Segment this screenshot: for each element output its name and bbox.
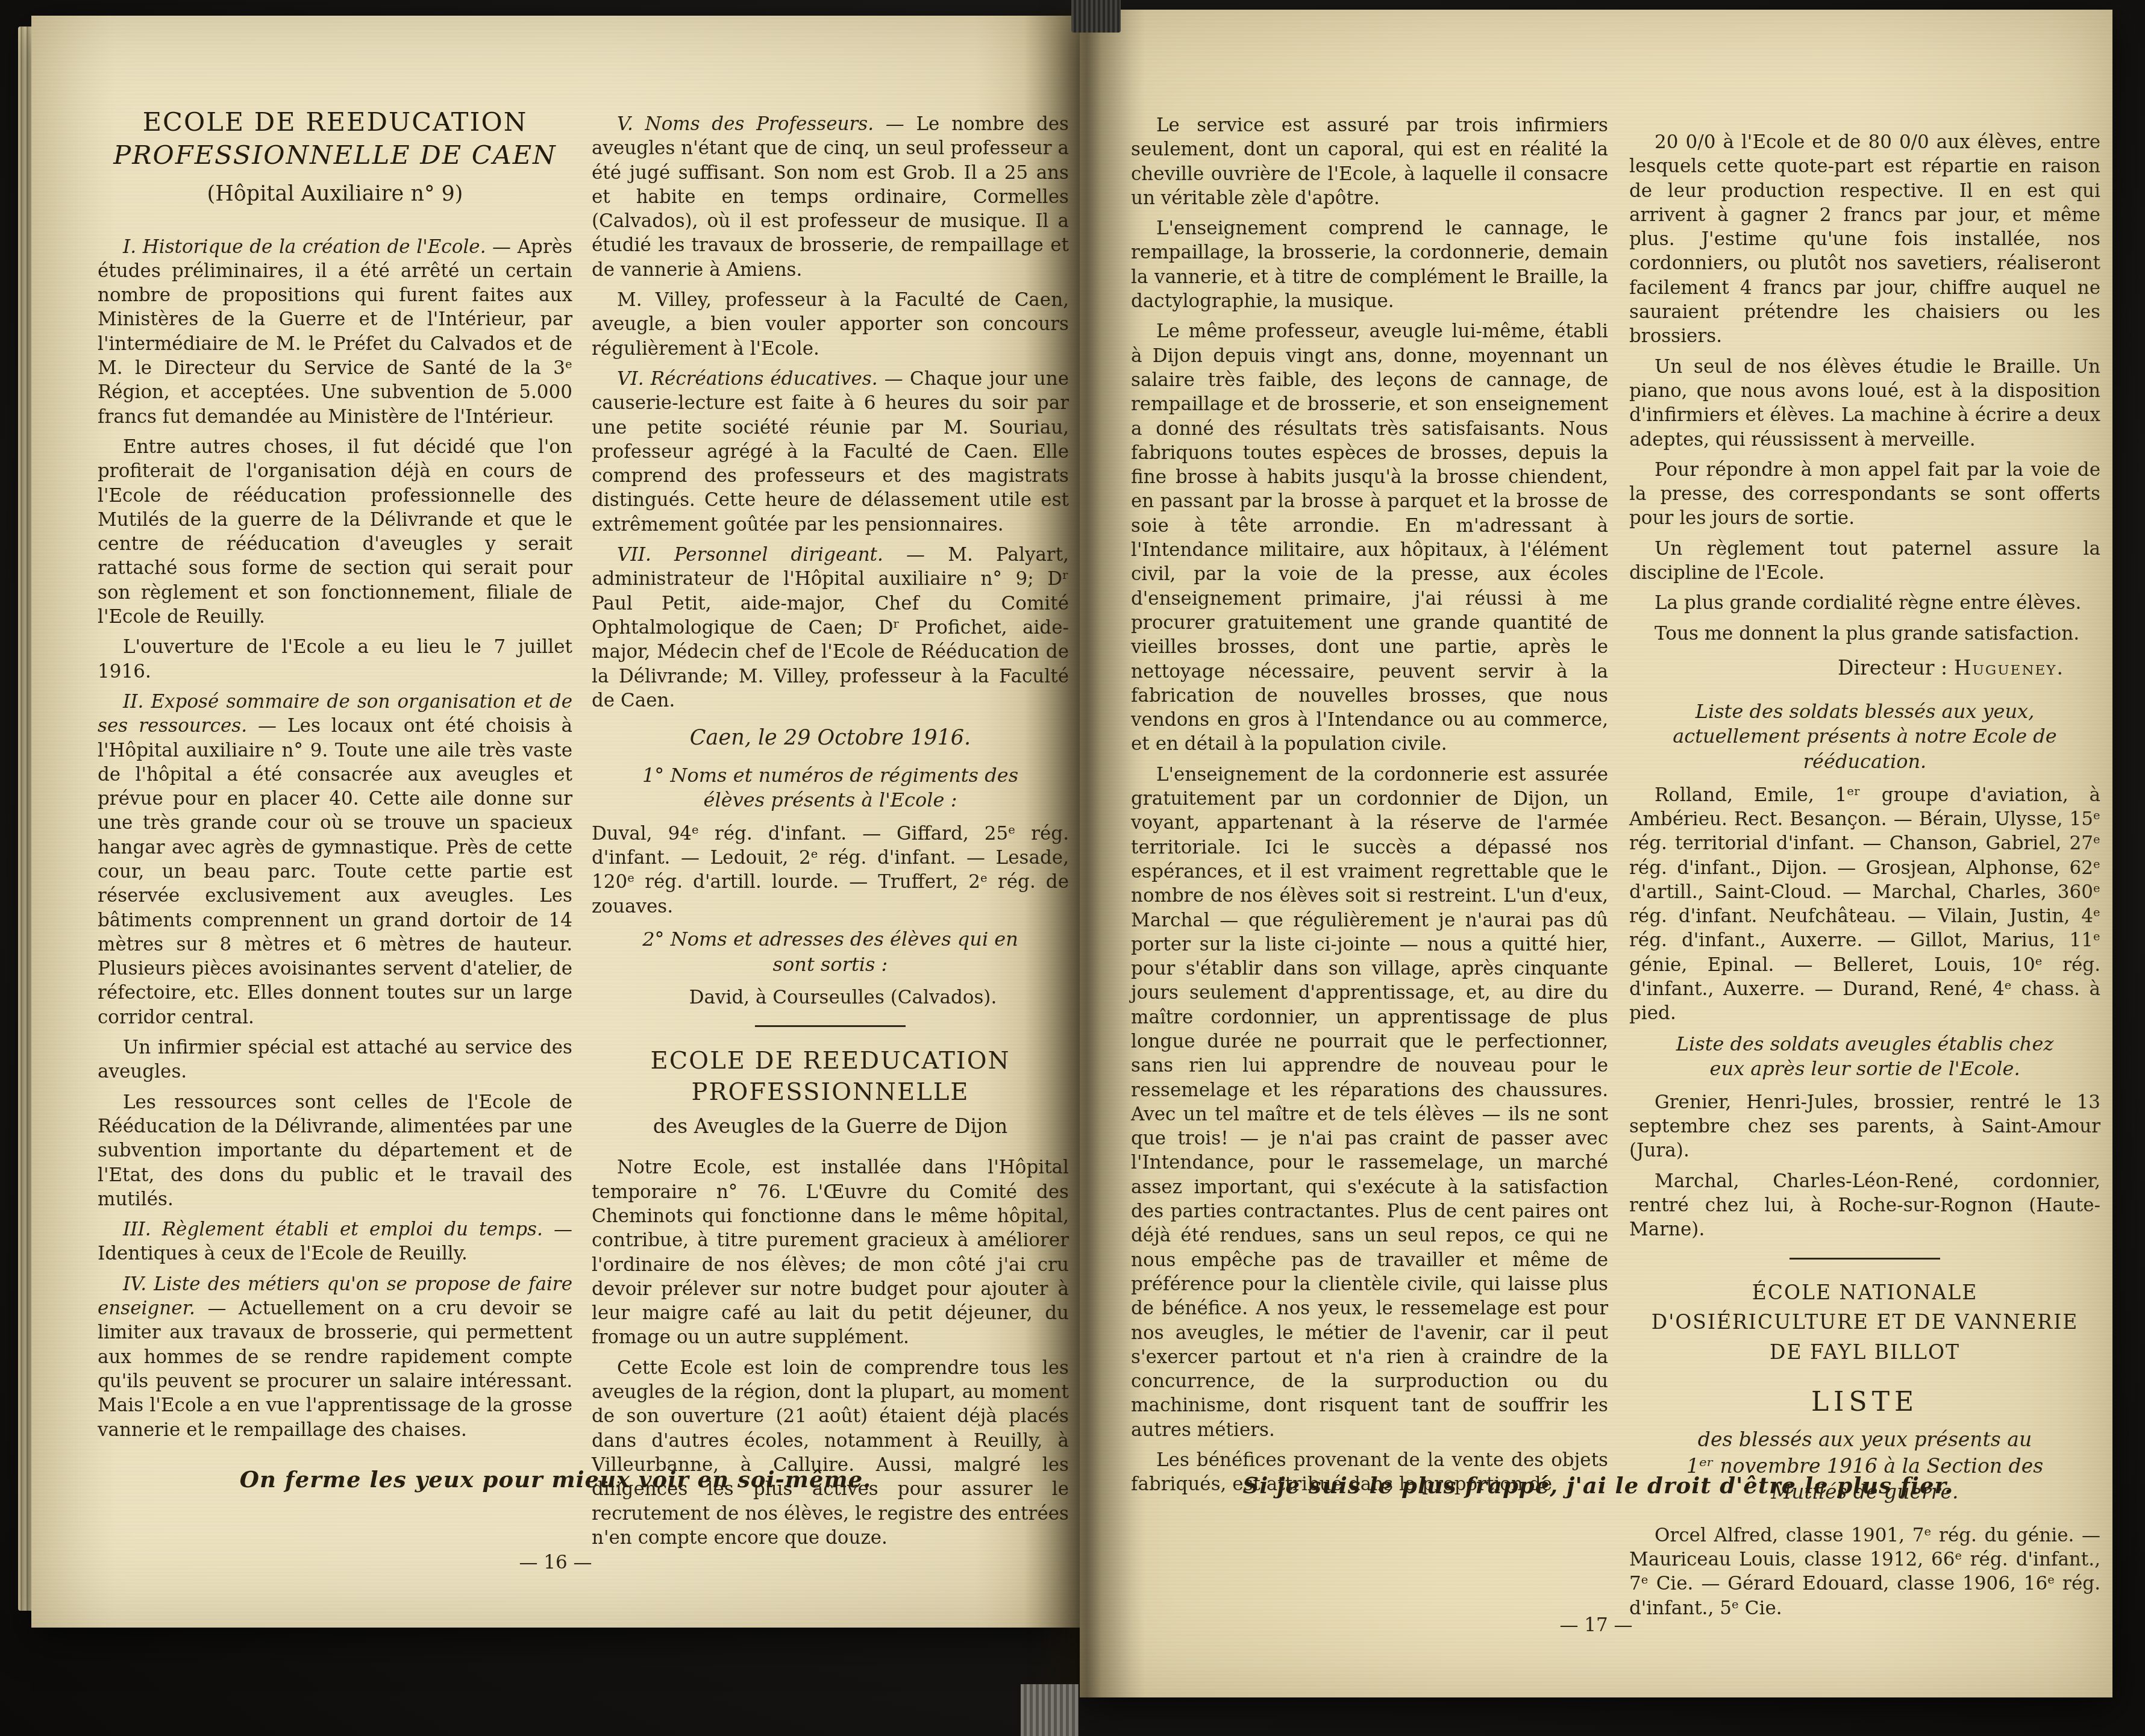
page-subtitle: (Hôpital Auxiliaire n° 9) [98,181,572,208]
paragraph: Le service est assuré par trois infirmie… [1131,113,1608,210]
page-title-line1: ECOLE DE REEDUCATION [98,106,572,139]
school-title-line3: DE FAYL BILLOT [1629,1337,2100,1367]
paragraph: L'ouverture de l'Ecole a eu lieu le 7 ju… [98,635,572,684]
paragraph: Cette Ecole est loin de comprendre tous … [592,1356,1069,1550]
list-heading: 1° Noms et numéros de régiments des élèv… [637,763,1023,813]
paragraph: Les ressources sont celles de l'Ecole de… [98,1090,572,1211]
paragraph: Notre Ecole, est installée dans l'Hôpita… [592,1155,1069,1349]
left-column-1: ECOLE DE REEDUCATION PROFESSIONNELLE DE … [98,106,572,1448]
paragraph: L'enseignement de la cordonnerie est ass… [1131,763,1608,1442]
paragraph: Rolland, Emile, 1ᵉʳ groupe d'aviation, à… [1629,783,2100,1026]
paragraph: L'enseignement comprend le cannage, le r… [1131,216,1608,313]
paragraph: Le même professeur, aveugle lui-même, ét… [1131,319,1608,756]
director-name: Hugueney. [1954,656,2064,679]
paragraph: Un règlement tout paternel assure la dis… [1629,537,2100,585]
paragraph: Pour répondre à mon appel fait par la vo… [1629,458,2100,531]
section-subtitle: des Aveugles de la Guerre de Dijon [592,1114,1069,1140]
section-title-line2: PROFESSIONNELLE [592,1076,1069,1108]
right-footer-quote: Si je suis le plus frappé, j'ai le droit… [1128,1472,2068,1499]
paragraph: II. Exposé sommaire de son organisation … [98,690,572,1029]
paragraph: IV. Liste des métiers qu'on se propose d… [98,1272,572,1442]
left-column-2: V. Noms des Professeurs. — Le nombre des… [592,112,1069,1556]
date-line: Caen, le 29 Octobre 1916. [592,725,1069,752]
paragraph: 20 0/0 à l'Ecole et de 80 0/0 aux élèves… [1629,130,2100,349]
list-heading: Liste des soldats blessés aux yeux, actu… [1672,699,2058,775]
bookmark-ribbon-bottom [1021,1684,1079,1736]
school-title-line2: D'OSIÉRICULTURE ET DE VANNERIE [1629,1307,2100,1337]
section-title-line1: ECOLE DE REEDUCATION [592,1045,1069,1076]
left-page-number: — 16 — [31,1552,1080,1573]
paragraph: Entre autres choses, il fut décidé que l… [98,435,572,629]
liste-heading: LISTE [1629,1385,2100,1419]
right-column-1: Le service est assuré par trois infirmie… [1131,113,1608,1503]
list-heading: Liste des soldats aveugles établis chez … [1672,1032,2058,1082]
paragraph: Un seul de nos élèves étudie le Braille.… [1629,355,2100,452]
paragraph: V. Noms des Professeurs. — Le nombre des… [592,112,1069,282]
list-body: David, à Courseulles (Calvados). [592,985,1069,1010]
paragraph: Tous me donnent la plus grande satisfact… [1629,622,2100,646]
signature-line: Directeur : Hugueney. [1629,655,2100,681]
list-heading: 2° Noms et adresses des élèves qui en so… [637,927,1023,977]
paragraph: I. Historique de la création de l'Ecole.… [98,235,572,429]
left-page: ECOLE DE REEDUCATION PROFESSIONNELLE DE … [31,16,1080,1628]
paragraph: Marchal, Charles-Léon-René, cordonnier, … [1629,1169,2100,1242]
list-body: Duval, 94ᵉ rég. d'infant. — Giffard, 25ᵉ… [592,822,1069,919]
right-page: Le service est assuré par trois infirmie… [1080,10,2112,1697]
section-divider [755,1025,906,1027]
paragraph: Orcel Alfred, classe 1901, 7ᵉ rég. du gé… [1629,1523,2100,1620]
paragraph: III. Règlement établi et emploi du temps… [98,1217,572,1266]
paragraph: Grenier, Henri-Jules, brossier, rentré l… [1629,1090,2100,1163]
section-divider [1790,1258,1940,1260]
paragraph: La plus grande cordialité règne entre él… [1629,591,2100,615]
bookmark-ribbon-top [1071,0,1121,33]
paragraph: Un infirmier spécial est attaché au serv… [98,1035,572,1084]
right-column-2: 20 0/0 à l'Ecole et de 80 0/0 aux élèves… [1629,130,2100,1626]
paragraph: VI. Récréations éducatives. — Chaque jou… [592,367,1069,537]
paragraph: VII. Personnel dirigeant. — M. Palyart, … [592,543,1069,713]
page-title-line2: PROFESSIONNELLE DE CAEN [98,139,572,172]
paragraph: M. Villey, professeur à la Faculté de Ca… [592,288,1069,361]
school-title-line1: ÉCOLE NATIONALE [1629,1278,2100,1308]
right-page-number: — 17 — [1080,1614,2112,1636]
left-footer-quote: On ferme les yeux pour mieux voir en soi… [92,1466,1019,1493]
